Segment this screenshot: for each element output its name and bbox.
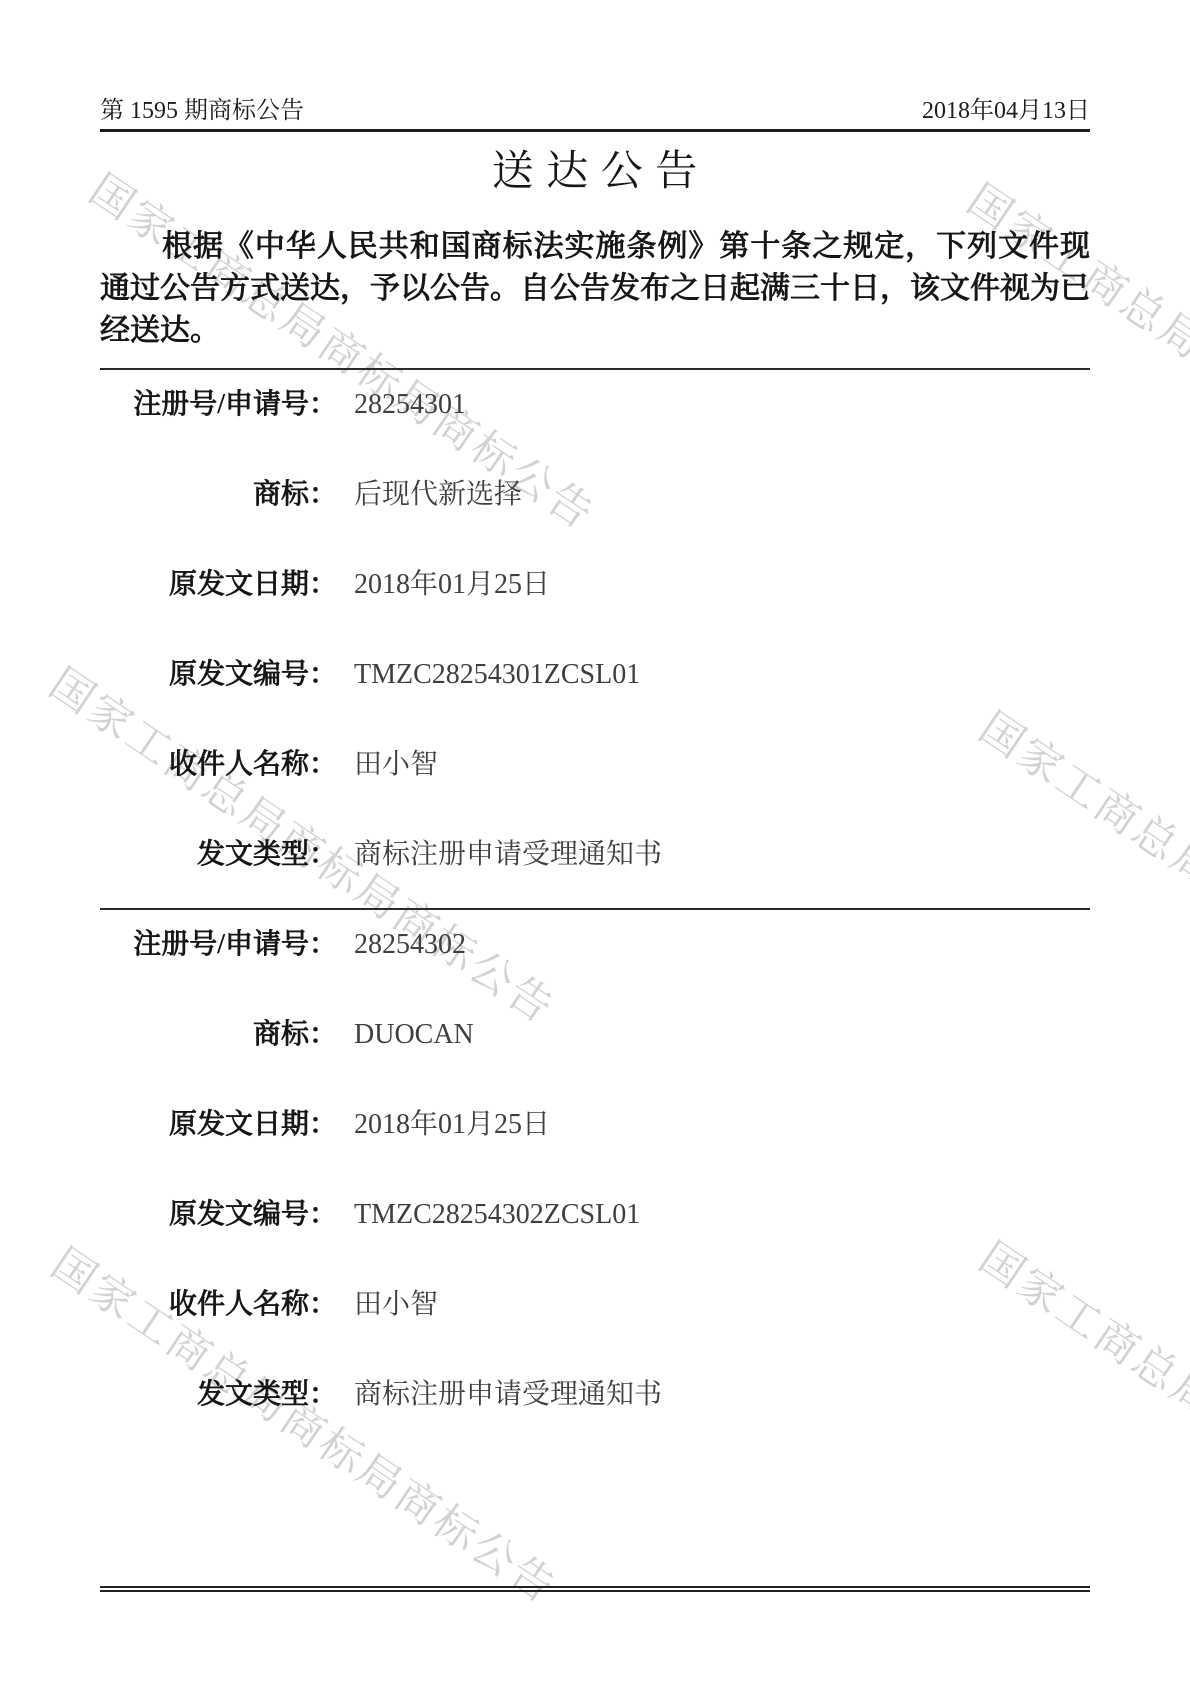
bottom-divider (100, 1586, 1090, 1592)
field-label: 原发文编号： (100, 656, 337, 694)
record-2: 注册号/申请号： 28254302 商标： DUOCAN 原发文日期： 2018… (100, 908, 1090, 1466)
page-title: 送 达 公 告 (100, 149, 1090, 195)
gazette-issue-label: 第 1595 期商标公告 (100, 90, 304, 125)
field-value: TMZC28254301ZCSL01 (354, 656, 640, 694)
gazette-date-label: 2018年04月13日 (922, 90, 1090, 125)
field-value: 商标注册申请受理通知书 (354, 1376, 662, 1414)
field-label: 原发文日期： (100, 1106, 337, 1144)
field-value: DUOCAN (354, 1016, 474, 1054)
field-value: 2018年01月25日 (354, 1106, 550, 1144)
field-row-original-issue-date: 原发文日期： 2018年01月25日 (100, 566, 1090, 604)
field-label: 商标： (100, 476, 337, 514)
header-divider (100, 129, 1090, 132)
field-label: 发文类型： (100, 1376, 337, 1414)
field-value: 2018年01月25日 (354, 566, 550, 604)
field-value: 28254301 (354, 386, 466, 424)
field-label: 发文类型： (100, 836, 337, 874)
field-row-trademark: 商标： 后现代新选择 (100, 476, 1090, 514)
field-label: 收件人名称： (100, 746, 337, 784)
field-label: 商标： (100, 1016, 337, 1054)
field-label: 原发文日期： (100, 566, 337, 604)
field-row-document-type: 发文类型： 商标注册申请受理通知书 (100, 836, 1090, 874)
field-row-document-type: 发文类型： 商标注册申请受理通知书 (100, 1376, 1090, 1414)
field-label: 原发文编号： (100, 1196, 337, 1234)
field-value: 田小智 (354, 746, 438, 784)
field-label: 注册号/申请号： (100, 386, 337, 424)
field-value: 商标注册申请受理通知书 (354, 836, 662, 874)
gazette-page: 国家工商总局商标局商标公告 国家工商总局商标局商标公告 国家工商总局商标局商标公… (0, 0, 1190, 1684)
page-header: 第 1595 期商标公告 2018年04月13日 (100, 90, 1090, 125)
field-row-registration-number: 注册号/申请号： 28254301 (100, 386, 1090, 424)
field-row-registration-number: 注册号/申请号： 28254302 (100, 926, 1090, 964)
field-row-recipient-name: 收件人名称： 田小智 (100, 746, 1090, 784)
field-row-recipient-name: 收件人名称： 田小智 (100, 1286, 1090, 1324)
record-1: 注册号/申请号： 28254301 商标： 后现代新选择 原发文日期： 2018… (100, 368, 1090, 926)
field-row-trademark: 商标： DUOCAN (100, 1016, 1090, 1054)
field-value: 田小智 (354, 1286, 438, 1324)
intro-paragraph: 根据《中华人民共和国商标法实施条例》第十条之规定，下列文件现通过公告方式送达，予… (100, 226, 1090, 352)
field-row-original-document-number: 原发文编号： TMZC28254301ZCSL01 (100, 656, 1090, 694)
field-label: 收件人名称： (100, 1286, 337, 1324)
field-row-original-issue-date: 原发文日期： 2018年01月25日 (100, 1106, 1090, 1144)
field-value: 28254302 (354, 926, 466, 964)
field-row-original-document-number: 原发文编号： TMZC28254302ZCSL01 (100, 1196, 1090, 1234)
field-value: 后现代新选择 (354, 476, 522, 514)
field-label: 注册号/申请号： (100, 926, 337, 964)
field-value: TMZC28254302ZCSL01 (354, 1196, 640, 1234)
